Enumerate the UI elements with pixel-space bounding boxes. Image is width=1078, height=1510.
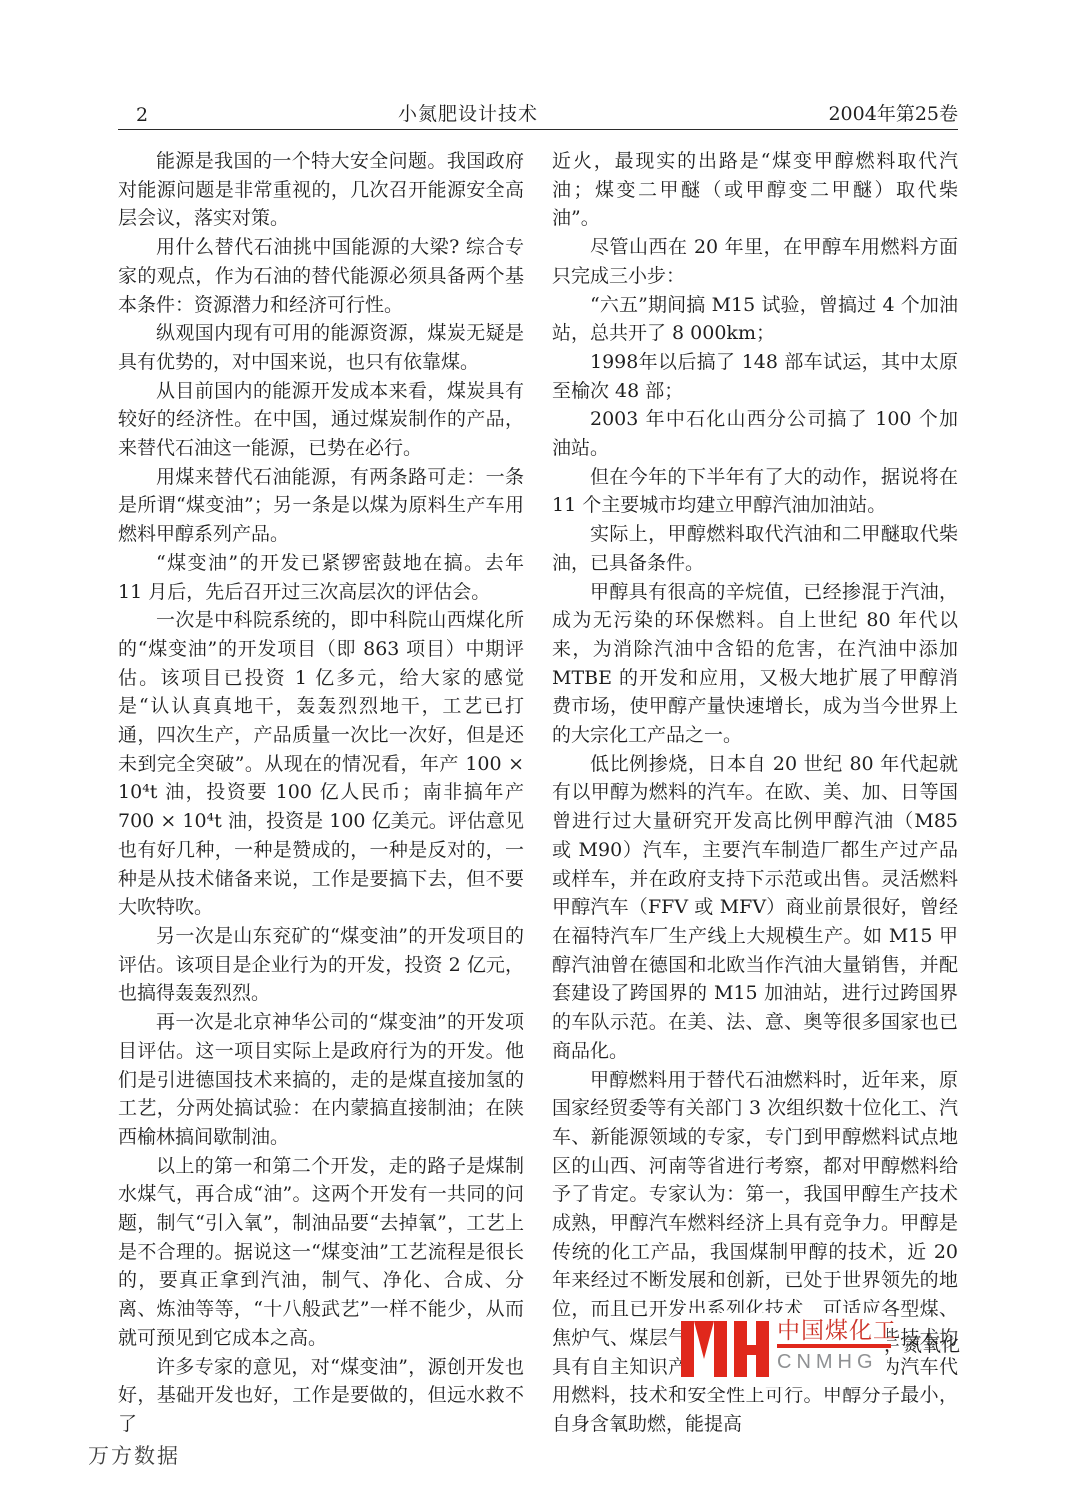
logo-text-block: 中国煤化工 CNMHG xyxy=(777,1313,897,1373)
wanfang-data-watermark: 万方数据 xyxy=(88,1440,180,1470)
obscured-line-tail: ，氮氧化 xyxy=(884,1330,960,1357)
article-body: 能源是我国的一个特大安全问题。我国政府对能源问题是非常重视的，几次召开能源安全高… xyxy=(118,147,958,1439)
paragraph: 以上的第一和第二个开发，走的路子是煤制水煤气，再合成“油”。这两个开发有一共同的… xyxy=(118,1152,524,1353)
paragraph: “六五”期间搞 M15 试验，曾搞过 4 个加油站，总共开了 8 000km； xyxy=(552,291,958,348)
paragraph: 许多专家的意见，对“煤变油”，源创开发也好，基础开发也好，工作是要做的，但远水救… xyxy=(118,1353,524,1439)
paragraph: 实际上，甲醇燃料取代汽油和二甲醚取代柴油，已具备条件。 xyxy=(552,520,958,577)
paragraph: 用煤来替代石油能源，有两条路可走：一条是所谓“煤变油”；另一条是以煤为原料生产车… xyxy=(118,463,524,549)
page-header: 2 小氮肥设计技术 2004年第25卷 xyxy=(118,100,958,126)
paragraph: 纵观国内现有可用的能源资源，煤炭无疑是具有优势的，对中国来说，也只有依靠煤。 xyxy=(118,319,524,376)
journal-title: 小氮肥设计技术 xyxy=(198,99,738,126)
right-column: 近火，最现实的出路是“煤变甲醇燃料取代汽油；煤变二甲醚（或甲醇变二甲醚）取代柴油… xyxy=(552,147,958,1439)
logo-title: 中国煤化工 xyxy=(777,1317,897,1343)
page-number: 2 xyxy=(118,104,198,126)
cnmhg-watermark-logo: 中国煤化工 CNMHG xyxy=(681,1313,887,1387)
paragraph: 再一次是北京神华公司的“煤变油”的开发项目评估。这一项目实际上是政府行为的开发。… xyxy=(118,1008,524,1152)
paragraph: 能源是我国的一个特大安全问题。我国政府对能源问题是非常重视的，几次召开能源安全高… xyxy=(118,147,524,233)
paragraph: 一次是中科院系统的，即中科院山西煤化所的“煤变油”的开发项目（即 863 项目）… xyxy=(118,606,524,922)
paragraph: 低比例掺烧，日本自 20 世纪 80 年代起就有以甲醇为燃料的汽车。在欧、美、加… xyxy=(552,750,958,1066)
paragraph: 近火，最现实的出路是“煤变甲醇燃料取代汽油；煤变二甲醚（或甲醇变二甲醚）取代柴油… xyxy=(552,147,958,233)
paragraph: 但在今年的下半年有了大的动作，据说将在 11 个主要城市均建立甲醇汽油加油站。 xyxy=(552,463,958,520)
issue-volume: 2004年第25卷 xyxy=(738,99,958,126)
paragraph: 尽管山西在 20 年里，在甲醇车用燃料方面只完成三小步： xyxy=(552,233,958,290)
left-column: 能源是我国的一个特大安全问题。我国政府对能源问题是非常重视的，几次召开能源安全高… xyxy=(118,147,524,1439)
mh-monogram-icon xyxy=(681,1319,769,1377)
logo-underline xyxy=(777,1344,891,1348)
logo-subtitle: CNMHG xyxy=(777,1351,897,1373)
header-divider xyxy=(118,129,958,130)
paragraph: 2003 年中石化山西分公司搞了 100 个加油站。 xyxy=(552,405,958,462)
scanned-journal-page: 2 小氮肥设计技术 2004年第25卷 能源是我国的一个特大安全问题。我国政府对… xyxy=(0,0,1078,1510)
paragraph: “煤变油”的开发已紧锣密鼓地在搞。去年 11 月后，先后召开过三次高层次的评估会… xyxy=(118,549,524,606)
paragraph: 另一次是山东兖矿的“煤变油”的开发项目的评估。该项目是企业行为的开发，投资 2 … xyxy=(118,922,524,1008)
paragraph: 用什么替代石油挑中国能源的大梁? 综合专家的观点，作为石油的替代能源必须具备两个… xyxy=(118,233,524,319)
paragraph: 甲醇具有很高的辛烷值，已经掺混于汽油，成为无污染的环保燃料。自上世纪 80 年代… xyxy=(552,578,958,750)
paragraph: 1998年以后搞了 148 部车试运，其中太原至榆次 48 部； xyxy=(552,348,958,405)
paragraph: 从目前国内的能源开发成本来看，煤炭具有较好的经济性。在中国，通过煤炭制作的产品，… xyxy=(118,377,524,463)
